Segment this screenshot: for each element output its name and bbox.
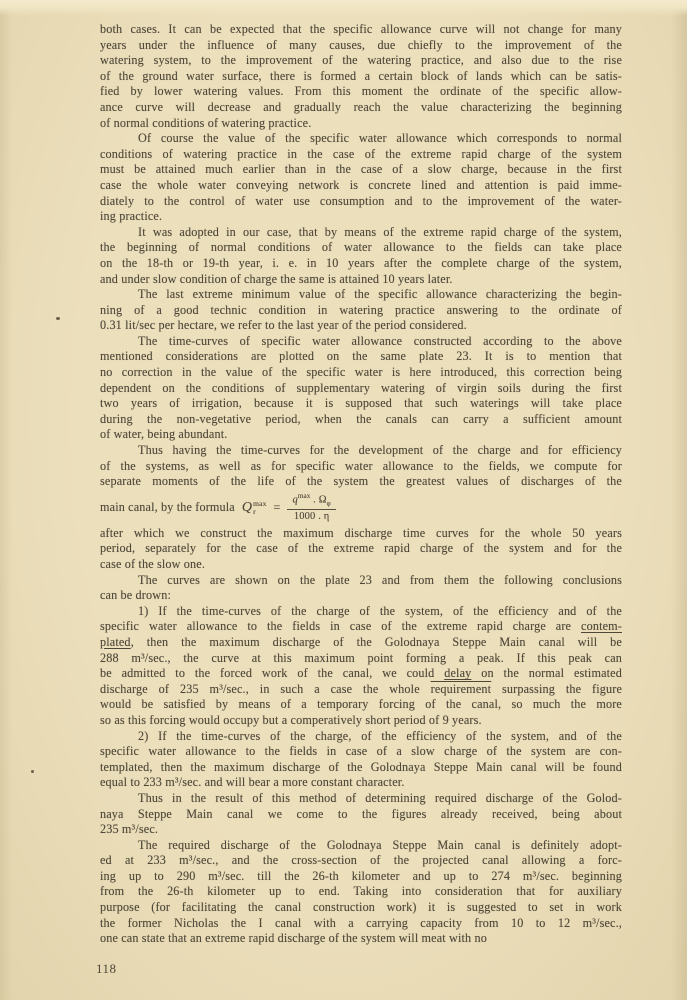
text-line: 288 m³/sec., the curve at this maximum p… xyxy=(100,651,622,667)
text-line: Thus having the time-curves for the deve… xyxy=(100,443,622,459)
paragraphs-before-formula: both cases. It can be expected that the … xyxy=(100,22,622,490)
paragraph: The time-curves of specific water allowa… xyxy=(100,334,622,443)
paragraph: 2) If the time-curves of the charge, of … xyxy=(100,729,622,791)
formula-fraction: qmax . Ωφ 1000 . η xyxy=(287,492,335,523)
text-line: years under the influence of many causes… xyxy=(100,38,622,54)
text-segment: on the normal estimated xyxy=(471,666,622,680)
text-line: ning of a good technic condition in wate… xyxy=(100,303,622,319)
formula-lhs-scripts: max r xyxy=(253,500,266,517)
text-line: period, separately for the case of the e… xyxy=(100,541,622,557)
text-line: during the non-vegetative period, when t… xyxy=(100,412,622,428)
formula-lhs-base: Q xyxy=(242,500,252,516)
text-line: diately to the control of water use cons… xyxy=(100,194,622,210)
text-line: equal to 233 m³/sec. and will bear a mor… xyxy=(100,775,622,791)
text-line: purpose (for facilitating the canal cons… xyxy=(100,900,622,916)
text-line: ing up to 290 m³/sec. till the 26-th kil… xyxy=(100,869,622,885)
text-line: ed at 233 m³/sec., and the cross-section… xyxy=(100,853,622,869)
formula-line: main canal, by the formula Q max r = qma… xyxy=(100,490,622,526)
numerator-sup: max xyxy=(298,492,311,500)
numerator-omega: Ω xyxy=(319,495,327,506)
paragraphs-after-formula: after which we construct the maximum dis… xyxy=(100,526,622,947)
formula-numerator: qmax . Ωφ xyxy=(287,492,335,509)
formula-prefix-text: main canal, by the formula xyxy=(100,500,235,516)
scanned-page: both cases. It can be expected that the … xyxy=(0,0,687,1000)
text-line: The time-curves of specific water allowa… xyxy=(100,334,622,350)
text-line: on the 18-th or 19-th year, i. e. in 10 … xyxy=(100,256,622,272)
text-line: case of the slow one. xyxy=(100,557,622,573)
paragraph: both cases. It can be expected that the … xyxy=(100,22,622,131)
text-line: of water, being abundant. xyxy=(100,427,622,443)
text-line: one can state that an extreme rapid disc… xyxy=(100,931,622,947)
text-line: Thus in the result of this method of det… xyxy=(100,791,622,807)
text-line: Of course the value of the specific wate… xyxy=(100,131,622,147)
numerator-omega-sub: φ xyxy=(327,500,331,508)
text-line: conditions of watering practice in the c… xyxy=(100,147,622,163)
paragraph: Of course the value of the specific wate… xyxy=(100,131,622,225)
text-line: the former Nicholas the I canal with a c… xyxy=(100,916,622,932)
text-line: 1) If the time-curves of the charge of t… xyxy=(100,604,622,620)
paragraph: The last extreme minimum value of the sp… xyxy=(100,287,622,334)
ink-speck xyxy=(56,317,60,320)
text-line: separate moments of the life of the syst… xyxy=(100,474,622,490)
text-line: two years of irrigation, because it is s… xyxy=(100,396,622,412)
text-line: of the systems, as well as for specific … xyxy=(100,459,622,475)
text-line: no correction in the value of the specif… xyxy=(100,365,622,381)
text-line: must be attained much earlier than in th… xyxy=(100,162,622,178)
ink-speck xyxy=(31,770,34,773)
page-text-block: both cases. It can be expected that the … xyxy=(0,0,687,947)
text-line: can be drown: xyxy=(100,588,622,604)
paragraph: Thus having the time-curves for the deve… xyxy=(100,443,622,490)
text-line: specific water allowance to the fields i… xyxy=(100,744,622,760)
text-line: both cases. It can be expected that the … xyxy=(100,22,622,38)
text-segment: surpassing the figure xyxy=(491,682,622,696)
text-line: fied by lower watering values. From this… xyxy=(100,84,622,100)
text-segment: discharge of 235 m³/sec., in such a case… xyxy=(100,682,431,696)
paragraph: Thus in the result of this method of det… xyxy=(100,791,622,838)
text-line: case the whole water conveying network i… xyxy=(100,178,622,194)
formula-lhs: Q max r xyxy=(242,500,267,517)
text-line: specific water allowance to the fields i… xyxy=(100,619,622,635)
text-line: 0.31 lit/sec per hectare, we refer to th… xyxy=(100,318,622,334)
text-line: ance curve will decrease and gradually r… xyxy=(100,100,622,116)
text-line: of normal conditions of watering practic… xyxy=(100,116,622,132)
text-line: would be satisfied by means of a tempora… xyxy=(100,697,622,713)
text-line: so as this forcing would occupy but a co… xyxy=(100,713,622,729)
text-line: templated, then the maximum discharge of… xyxy=(100,760,622,776)
paragraph: after which we construct the maximum dis… xyxy=(100,526,622,573)
text-line: the beginning of normal conditions of wa… xyxy=(100,240,622,256)
text-line: ing practice. xyxy=(100,209,622,225)
marked-text: contem- xyxy=(581,619,622,633)
text-line: The last extreme minimum value of the sp… xyxy=(100,287,622,303)
text-line: It was adopted in our case, that by mean… xyxy=(100,225,622,241)
marked-text: requirement xyxy=(431,682,492,696)
text-line: after which we construct the maximum dis… xyxy=(100,526,622,542)
text-segment: specific water allowance to the fields i… xyxy=(100,619,581,633)
text-line: plated, then the maximum discharge of th… xyxy=(100,635,622,651)
numerator-dot: . xyxy=(310,495,318,506)
paragraph: It was adopted in our case, that by mean… xyxy=(100,225,622,287)
paragraph: 1) If the time-curves of the charge of t… xyxy=(100,604,622,729)
text-line: of the ground water surface, there is fo… xyxy=(100,69,622,85)
text-line: be admitted to the forced work of the ca… xyxy=(100,666,622,682)
discharge-formula: Q max r = qmax . Ωφ 1000 . η xyxy=(242,492,336,523)
marked-text: plated xyxy=(100,635,131,649)
text-line: 235 m³/sec. xyxy=(100,822,622,838)
text-line: dependent on the conditions of supplemen… xyxy=(100,381,622,397)
text-line: from the 26-th kilometer up to end. Taki… xyxy=(100,884,622,900)
text-line: and under slow condition of charge the s… xyxy=(100,272,622,288)
text-line: discharge of 235 m³/sec., in such a case… xyxy=(100,682,622,698)
formula-equals: = xyxy=(274,500,281,516)
text-line: 2) If the time-curves of the charge, of … xyxy=(100,729,622,745)
text-line: The required discharge of the Golodnaya … xyxy=(100,838,622,854)
formula-lhs-sub: r xyxy=(253,508,266,516)
text-segment: be admitted to the forced work of the ca… xyxy=(100,666,444,680)
page-number: 118 xyxy=(0,961,687,977)
text-segment: , then the maximum discharge of the Golo… xyxy=(131,635,622,649)
text-line: mentioned considerations are plotted on … xyxy=(100,349,622,365)
text-line: naya Steppe Main canal we come to the fi… xyxy=(100,807,622,823)
paragraph: The required discharge of the Golodnaya … xyxy=(100,838,622,947)
text-line: The curves are shown on the plate 23 and… xyxy=(100,573,622,589)
formula-denominator: 1000 . η xyxy=(287,509,335,524)
marked-text: delay xyxy=(444,666,471,680)
text-line: watering system, to the improvement of t… xyxy=(100,53,622,69)
paragraph: The curves are shown on the plate 23 and… xyxy=(100,573,622,604)
